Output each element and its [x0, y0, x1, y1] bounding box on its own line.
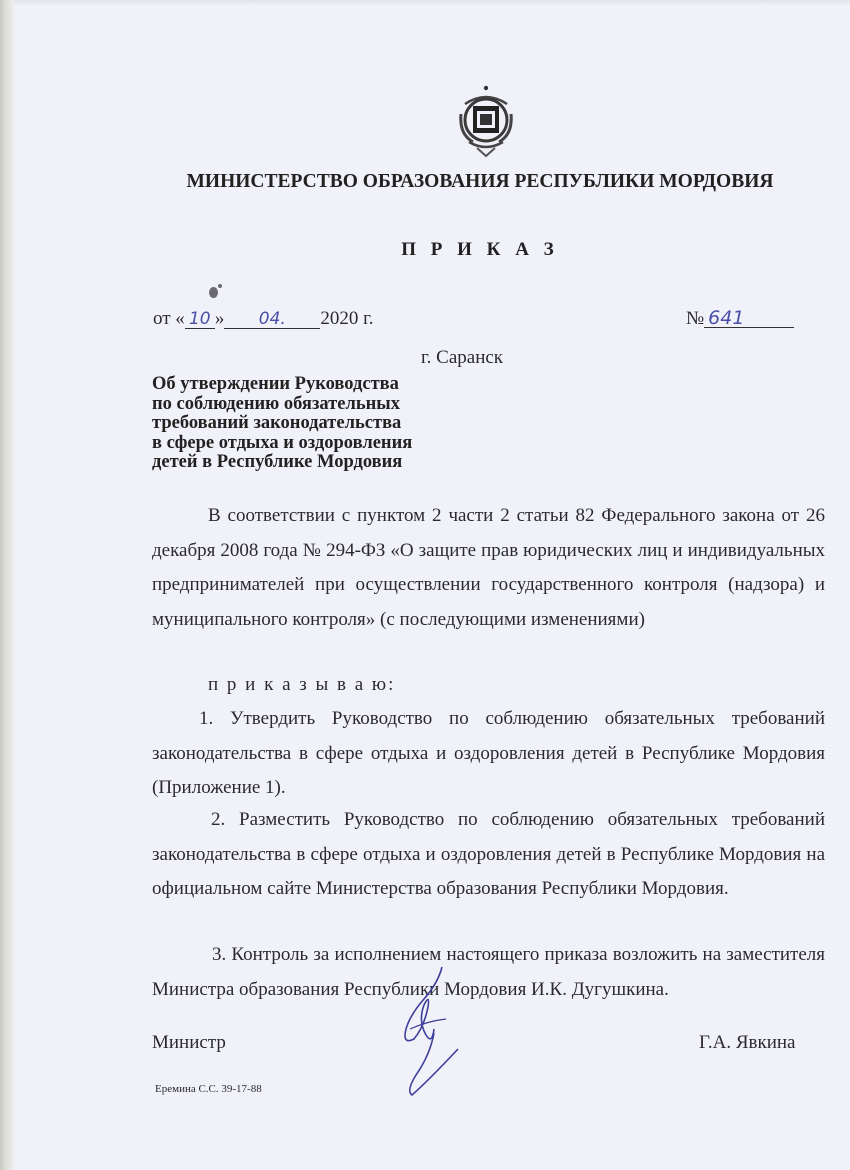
order-word: п р и к а з ы в а ю: [208, 668, 395, 703]
subject-line: в сфере отдыха и оздоровления [152, 434, 452, 454]
coat-of-arms-icon [453, 82, 519, 162]
order-number: №641 [686, 308, 794, 330]
document-page: МИНИСТЕРСТВО ОБРАЗОВАНИЯ РЕСПУБЛИКИ МОРД… [0, 0, 850, 1170]
ministry-heading: МИНИСТЕРСТВО ОБРАЗОВАНИЯ РЕСПУБЛИКИ МОРД… [0, 171, 850, 193]
order-subject: Об утверждении Руководства по соблюдению… [152, 375, 452, 473]
subject-line: Об утверждении Руководства [152, 375, 452, 395]
date-month: 04. [224, 310, 320, 329]
order-title: П Р И К А З [0, 239, 850, 261]
date-prefix: от « [153, 308, 185, 329]
signatory-title: Министр [152, 1032, 226, 1054]
subject-line: по соблюдению обязательных [152, 395, 452, 415]
number-value: 641 [704, 309, 794, 328]
scan-speck [209, 287, 218, 298]
executor-contact: Еремина С.С. 39-17-88 [155, 1083, 262, 1095]
order-item-1: 1. Утвердить Руководство по соблюдению о… [152, 702, 825, 806]
subject-line: требований законодательства [152, 414, 452, 434]
date-mid: » [215, 308, 225, 329]
order-item-2: 2. Разместить Руководство по соблюдению … [152, 803, 825, 907]
date-year: 2020 г. [320, 308, 373, 329]
subject-line: детей в Республике Мордовия [152, 453, 452, 473]
order-date: от «10»04.2020 г. [153, 308, 373, 330]
signatory-name: Г.А. Явкина [699, 1032, 795, 1054]
scan-speck [218, 284, 222, 288]
date-day: 10 [185, 310, 215, 329]
number-prefix: № [686, 308, 704, 329]
order-item-3: 3. Контроль за исполнением настоящего пр… [152, 938, 825, 1007]
handwritten-signature-icon [380, 963, 480, 1113]
city: г. Саранск [421, 347, 503, 369]
intro-paragraph: В соответствии с пунктом 2 части 2 стать… [152, 499, 825, 637]
